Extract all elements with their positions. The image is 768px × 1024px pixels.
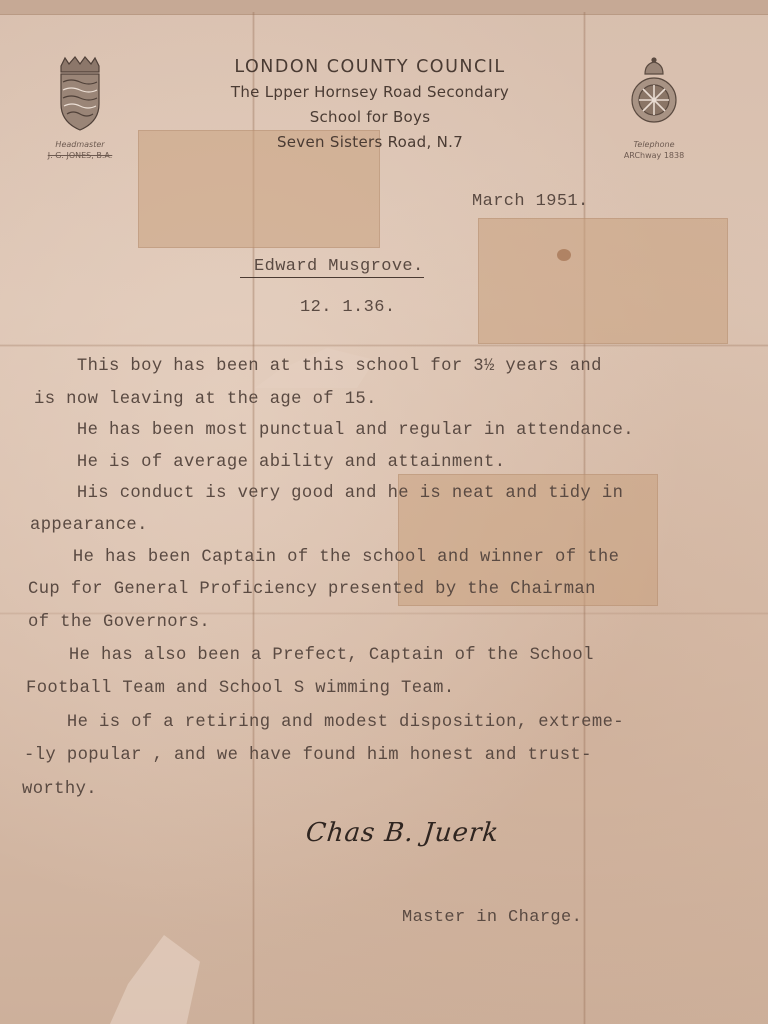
body-line: worthy.	[22, 780, 97, 799]
body-line: He has also been a Prefect, Captain of t…	[26, 646, 594, 665]
headmaster-label: Headmaster	[40, 140, 120, 149]
body-line: Football Team and School S wimming Team.	[26, 679, 455, 698]
body-line: Cup for General Proficiency presented by…	[28, 580, 596, 599]
body-line: He is of average ability and attainment.	[34, 453, 505, 472]
school-name-line2: School for Boys	[190, 105, 550, 130]
pupil-name: Edward Musgrove.	[240, 257, 424, 278]
paper-tear	[110, 935, 200, 1024]
telephone-number: ARChway 1838	[604, 151, 704, 160]
crowned-badge-icon	[626, 56, 682, 126]
paper-top-edge	[0, 0, 768, 15]
letterhead: LONDON COUNTY COUNCIL The Lpper Hornsey …	[190, 54, 550, 155]
organization-name: LONDON COUNTY COUNCIL	[190, 54, 550, 80]
body-line: His conduct is very good and he is neat …	[34, 484, 623, 503]
telephone-label: Telephone	[614, 140, 694, 149]
headmaster-name: J. G. JONES, B.A.	[28, 151, 132, 160]
body-line: He has been most punctual and regular in…	[34, 421, 634, 440]
signatory-title: Master in Charge.	[402, 908, 582, 927]
coat-of-arms-icon	[55, 56, 105, 134]
fold-line-horizontal-top	[0, 344, 768, 347]
body-line: is now leaving at the age of 15.	[34, 390, 377, 409]
pupil-birth-date: 12. 1.36.	[300, 298, 395, 317]
body-line: This boy has been at this school for 3½ …	[34, 357, 602, 376]
letter-date: March 1951.	[472, 192, 589, 211]
body-line: appearance.	[30, 516, 148, 535]
school-name-line1: The Lpper Hornsey Road Secondary	[190, 80, 550, 105]
handwritten-signature: Chas B. Juerk	[304, 818, 500, 848]
document-page: Headmaster J. G. JONES, B.A. Telephone A…	[0, 0, 768, 1024]
tape-patch-top-right	[478, 218, 728, 344]
body-line: of the Governors.	[28, 613, 210, 632]
body-line: -ly popular , and we have found him hone…	[24, 746, 592, 765]
school-address: Seven Sisters Road, N.7	[190, 130, 550, 155]
body-line: He has been Captain of the school and wi…	[30, 548, 619, 567]
body-line: He is of a retiring and modest dispositi…	[24, 713, 624, 732]
